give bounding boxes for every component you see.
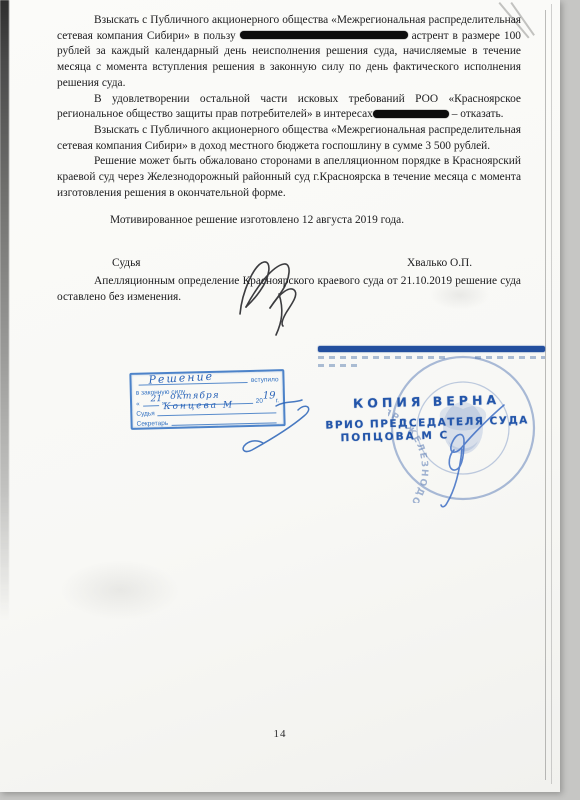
chairman-signature-ink	[408, 393, 518, 513]
page-number: 14	[0, 728, 560, 740]
handwritten-day: 21	[150, 394, 162, 404]
scanned-court-document: Взыскать с Публичного акционерного общес…	[0, 0, 580, 800]
blue-redaction-bar	[318, 346, 545, 352]
redaction-bar	[240, 31, 408, 39]
judge-signature-ink	[232, 254, 322, 344]
paragraph-award-astrent: Взыскать с Публичного акционерного общес…	[57, 13, 521, 92]
redaction-bar	[373, 110, 449, 118]
text-run: – отказать.	[452, 108, 504, 120]
paragraph-motivated-decision-date: Мотивированное решение изготовлено 12 ав…	[57, 213, 521, 229]
paragraph-state-duty: Взыскать с Публичного акционерного общес…	[57, 123, 521, 154]
handwritten-word: Решение	[148, 370, 214, 387]
scan-smudge	[430, 280, 490, 310]
paragraph-refuse-rest: В удовлетворении остальной части исковых…	[57, 92, 521, 123]
paragraph-appeal-procedure: Решение может быть обжаловано сторонами …	[57, 154, 521, 201]
secretary-signature-flourish	[218, 396, 328, 468]
scan-smudge	[60, 560, 180, 620]
sheet-edge-line	[551, 4, 552, 784]
faint-stamp-text-line	[318, 364, 358, 367]
stamp-day-line: 21	[143, 397, 159, 406]
sheet-edge-line	[545, 10, 546, 780]
judge-label: Судья	[112, 256, 141, 272]
judge-name: Хвалько О.П.	[407, 256, 472, 272]
stamp-secretary-label: Секретарь	[136, 420, 168, 428]
binding-shadow	[0, 0, 9, 620]
